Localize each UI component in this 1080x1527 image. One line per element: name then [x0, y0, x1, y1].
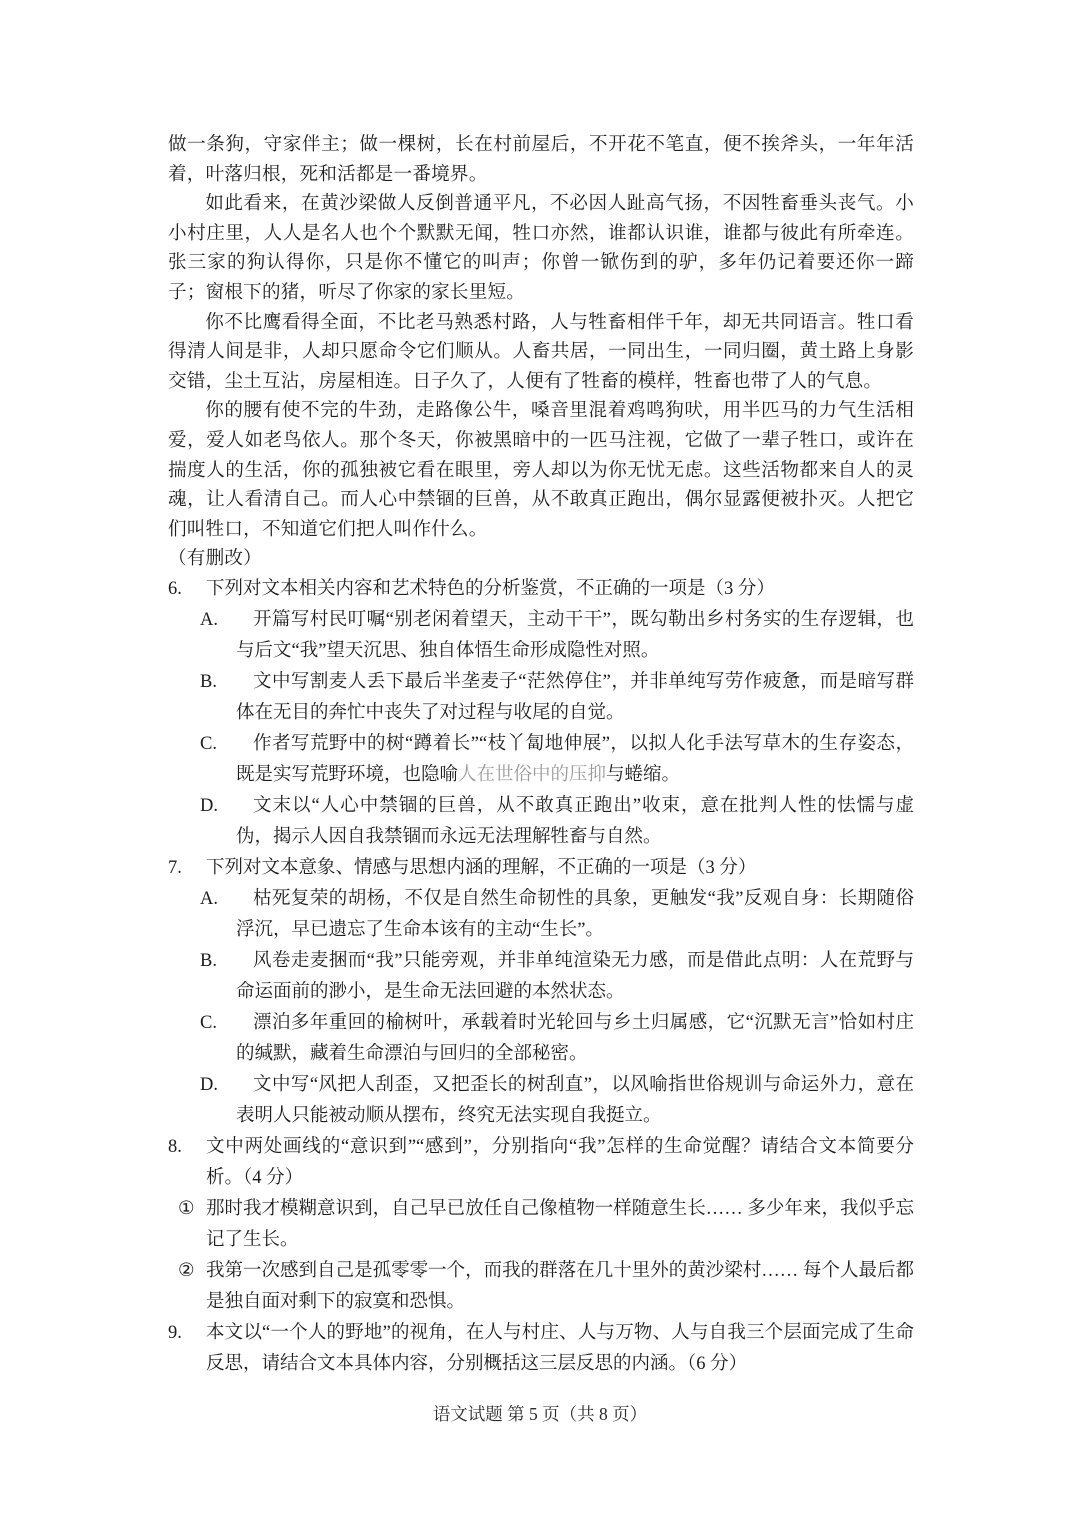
- question-stem: 下列对文本相关内容和艺术特色的分析鉴赏，不正确的一项是（3 分）: [206, 574, 914, 605]
- option-text: 文中写“风把人刮歪，又把歪长的树刮直”，以风喻指世俗规训与命运外力，意在表明人只…: [236, 1070, 914, 1132]
- question-8: 8. 文中两处画线的“意识到”“感到”，分别指向“我”怎样的生命觉醒？请结合文本…: [168, 1132, 914, 1318]
- circled-number: ①: [178, 1194, 206, 1256]
- option-label: C.: [200, 1008, 236, 1070]
- question-number: 7.: [168, 853, 206, 884]
- option-7-a: A. 枯死复荣的胡杨，不仅是自然生命韧性的具象，更触发“我”反观自身：长期随俗浮…: [168, 884, 914, 946]
- question-stem: 本文以“一个人的野地”的视角，在人与村庄、人与万物、人与自我三个层面完成了生命反…: [206, 1318, 914, 1380]
- passage-paragraph-2: 如此看来，在黄沙梁做人反倒普通平凡，不必因人趾高气扬，不因牲畜垂头丧气。小小村庄…: [168, 189, 914, 307]
- option-text-segment: 与蜷缩。: [606, 765, 680, 785]
- option-7-b: B. 风卷走麦捆而“我”只能旁观，并非单纯渲染无力感，而是借此点明：人在荒野与命…: [168, 946, 914, 1008]
- option-7-d: D. 文中写“风把人刮歪，又把歪长的树刮直”，以风喻指世俗规训与命运外力，意在表…: [168, 1070, 914, 1132]
- page-footer: 语文试题 第 5 页（共 8 页）: [0, 1402, 1080, 1426]
- option-label: A.: [200, 884, 236, 946]
- option-text: 文末以“人心中禁锢的巨兽，从不敢真正跑出”收束，意在批判人性的怯懦与虚伪，揭示人…: [236, 791, 914, 853]
- question-stem: 文中两处画线的“意识到”“感到”，分别指向“我”怎样的生命觉醒？请结合文本简要分…: [206, 1132, 914, 1194]
- excerpt-text: 那时我才模糊意识到，自己早已放任自己像植物一样随意生长…… 多少年来，我似乎忘记…: [206, 1194, 914, 1256]
- option-label: D.: [200, 791, 236, 853]
- option-6-d: D. 文末以“人心中禁锢的巨兽，从不敢真正跑出”收束，意在批判人性的怯懦与虚伪，…: [168, 791, 914, 853]
- option-label: D.: [200, 1070, 236, 1132]
- question-9-head: 9. 本文以“一个人的野地”的视角，在人与村庄、人与万物、人与自我三个层面完成了…: [168, 1318, 914, 1380]
- question-8-head: 8. 文中两处画线的“意识到”“感到”，分别指向“我”怎样的生命觉醒？请结合文本…: [168, 1132, 914, 1194]
- option-6-a: A. 开篇写村民叮嘱“别老闲着望天，主动干干”，既勾勒出乡村务实的生存逻辑，也与…: [168, 605, 914, 667]
- circled-number: ②: [178, 1256, 206, 1318]
- question-number: 6.: [168, 574, 206, 605]
- exam-page: 做一条狗，守家伴主；做一棵树，长在村前屋后，不开花不笔直，便不挨斧头，一年年活着…: [0, 0, 1080, 1527]
- passage: 做一条狗，守家伴主；做一棵树，长在村前屋后，不开花不笔直，便不挨斧头，一年年活着…: [168, 130, 914, 574]
- option-6-b: B. 文中写割麦人丢下最后半垄麦子“茫然停住”，并非单纯写劳作疲惫，而是暗写群体…: [168, 667, 914, 729]
- option-label: A.: [200, 605, 236, 667]
- option-label: C.: [200, 729, 236, 791]
- option-text: 作者写荒野中的树“蹲着长”“枝丫匐地伸展”，以拟人化手法写草木的生存姿态，既是实…: [236, 729, 914, 791]
- source-note: （有删改）: [168, 544, 914, 574]
- question-7: 7. 下列对文本意象、情感与思想内涵的理解，不正确的一项是（3 分） A. 枯死…: [168, 853, 914, 1132]
- question-number: 9.: [168, 1318, 206, 1380]
- question-9: 9. 本文以“一个人的野地”的视角，在人与村庄、人与万物、人与自我三个层面完成了…: [168, 1318, 914, 1380]
- option-text: 文中写割麦人丢下最后半垄麦子“茫然停住”，并非单纯写劳作疲惫，而是暗写群体在无目…: [236, 667, 914, 729]
- question-8-excerpt-2: ② 我第一次感到自己是孤零零一个，而我的群落在几十里外的黄沙梁村…… 每个人最后…: [168, 1256, 914, 1318]
- passage-paragraph-3: 你不比鹰看得全面，不比老马熟悉村路，人与牲畜相伴千年，却无共同语言。牲口看得清人…: [168, 308, 914, 397]
- question-8-excerpt-1: ① 那时我才模糊意识到，自己早已放任自己像植物一样随意生长…… 多少年来，我似乎…: [168, 1194, 914, 1256]
- option-label: B.: [200, 946, 236, 1008]
- option-text: 枯死复荣的胡杨，不仅是自然生命韧性的具象，更触发“我”反观自身：长期随俗浮沉，早…: [236, 884, 914, 946]
- passage-paragraph-4: 你的腰有使不完的牛劲，走路像公牛，嗓音里混着鸡鸣狗吠，用半匹马的力气生活相爱，爱…: [168, 396, 914, 544]
- page-content: 做一条狗，守家伴主；做一棵树，长在村前屋后，不开花不笔直，便不挨斧头，一年年活着…: [168, 130, 914, 1380]
- option-6-c: C. 作者写荒野中的树“蹲着长”“枝丫匐地伸展”，以拟人化手法写草木的生存姿态，…: [168, 729, 914, 791]
- option-label: B.: [200, 667, 236, 729]
- option-7-c: C. 漂泊多年重回的榆树叶，承载着时光轮回与乡土归属感，它“沉默无言”恰如村庄的…: [168, 1008, 914, 1070]
- option-text-faded-segment: 人在世俗中的压抑: [458, 765, 606, 785]
- option-text: 漂泊多年重回的榆树叶，承载着时光轮回与乡土归属感，它“沉默无言”恰如村庄的缄默，…: [236, 1008, 914, 1070]
- question-6-head: 6. 下列对文本相关内容和艺术特色的分析鉴赏，不正确的一项是（3 分）: [168, 574, 914, 605]
- question-number: 8.: [168, 1132, 206, 1194]
- option-text: 开篇写村民叮嘱“别老闲着望天，主动干干”，既勾勒出乡村务实的生存逻辑，也与后文“…: [236, 605, 914, 667]
- passage-paragraph-1: 做一条狗，守家伴主；做一棵树，长在村前屋后，不开花不笔直，便不挨斧头，一年年活着…: [168, 130, 914, 189]
- option-text: 风卷走麦捆而“我”只能旁观，并非单纯渲染无力感，而是借此点明：人在荒野与命运面前…: [236, 946, 914, 1008]
- question-stem: 下列对文本意象、情感与思想内涵的理解，不正确的一项是（3 分）: [206, 853, 914, 884]
- excerpt-text: 我第一次感到自己是孤零零一个，而我的群落在几十里外的黄沙梁村…… 每个人最后都是…: [206, 1256, 914, 1318]
- question-6: 6. 下列对文本相关内容和艺术特色的分析鉴赏，不正确的一项是（3 分） A. 开…: [168, 574, 914, 853]
- question-7-head: 7. 下列对文本意象、情感与思想内涵的理解，不正确的一项是（3 分）: [168, 853, 914, 884]
